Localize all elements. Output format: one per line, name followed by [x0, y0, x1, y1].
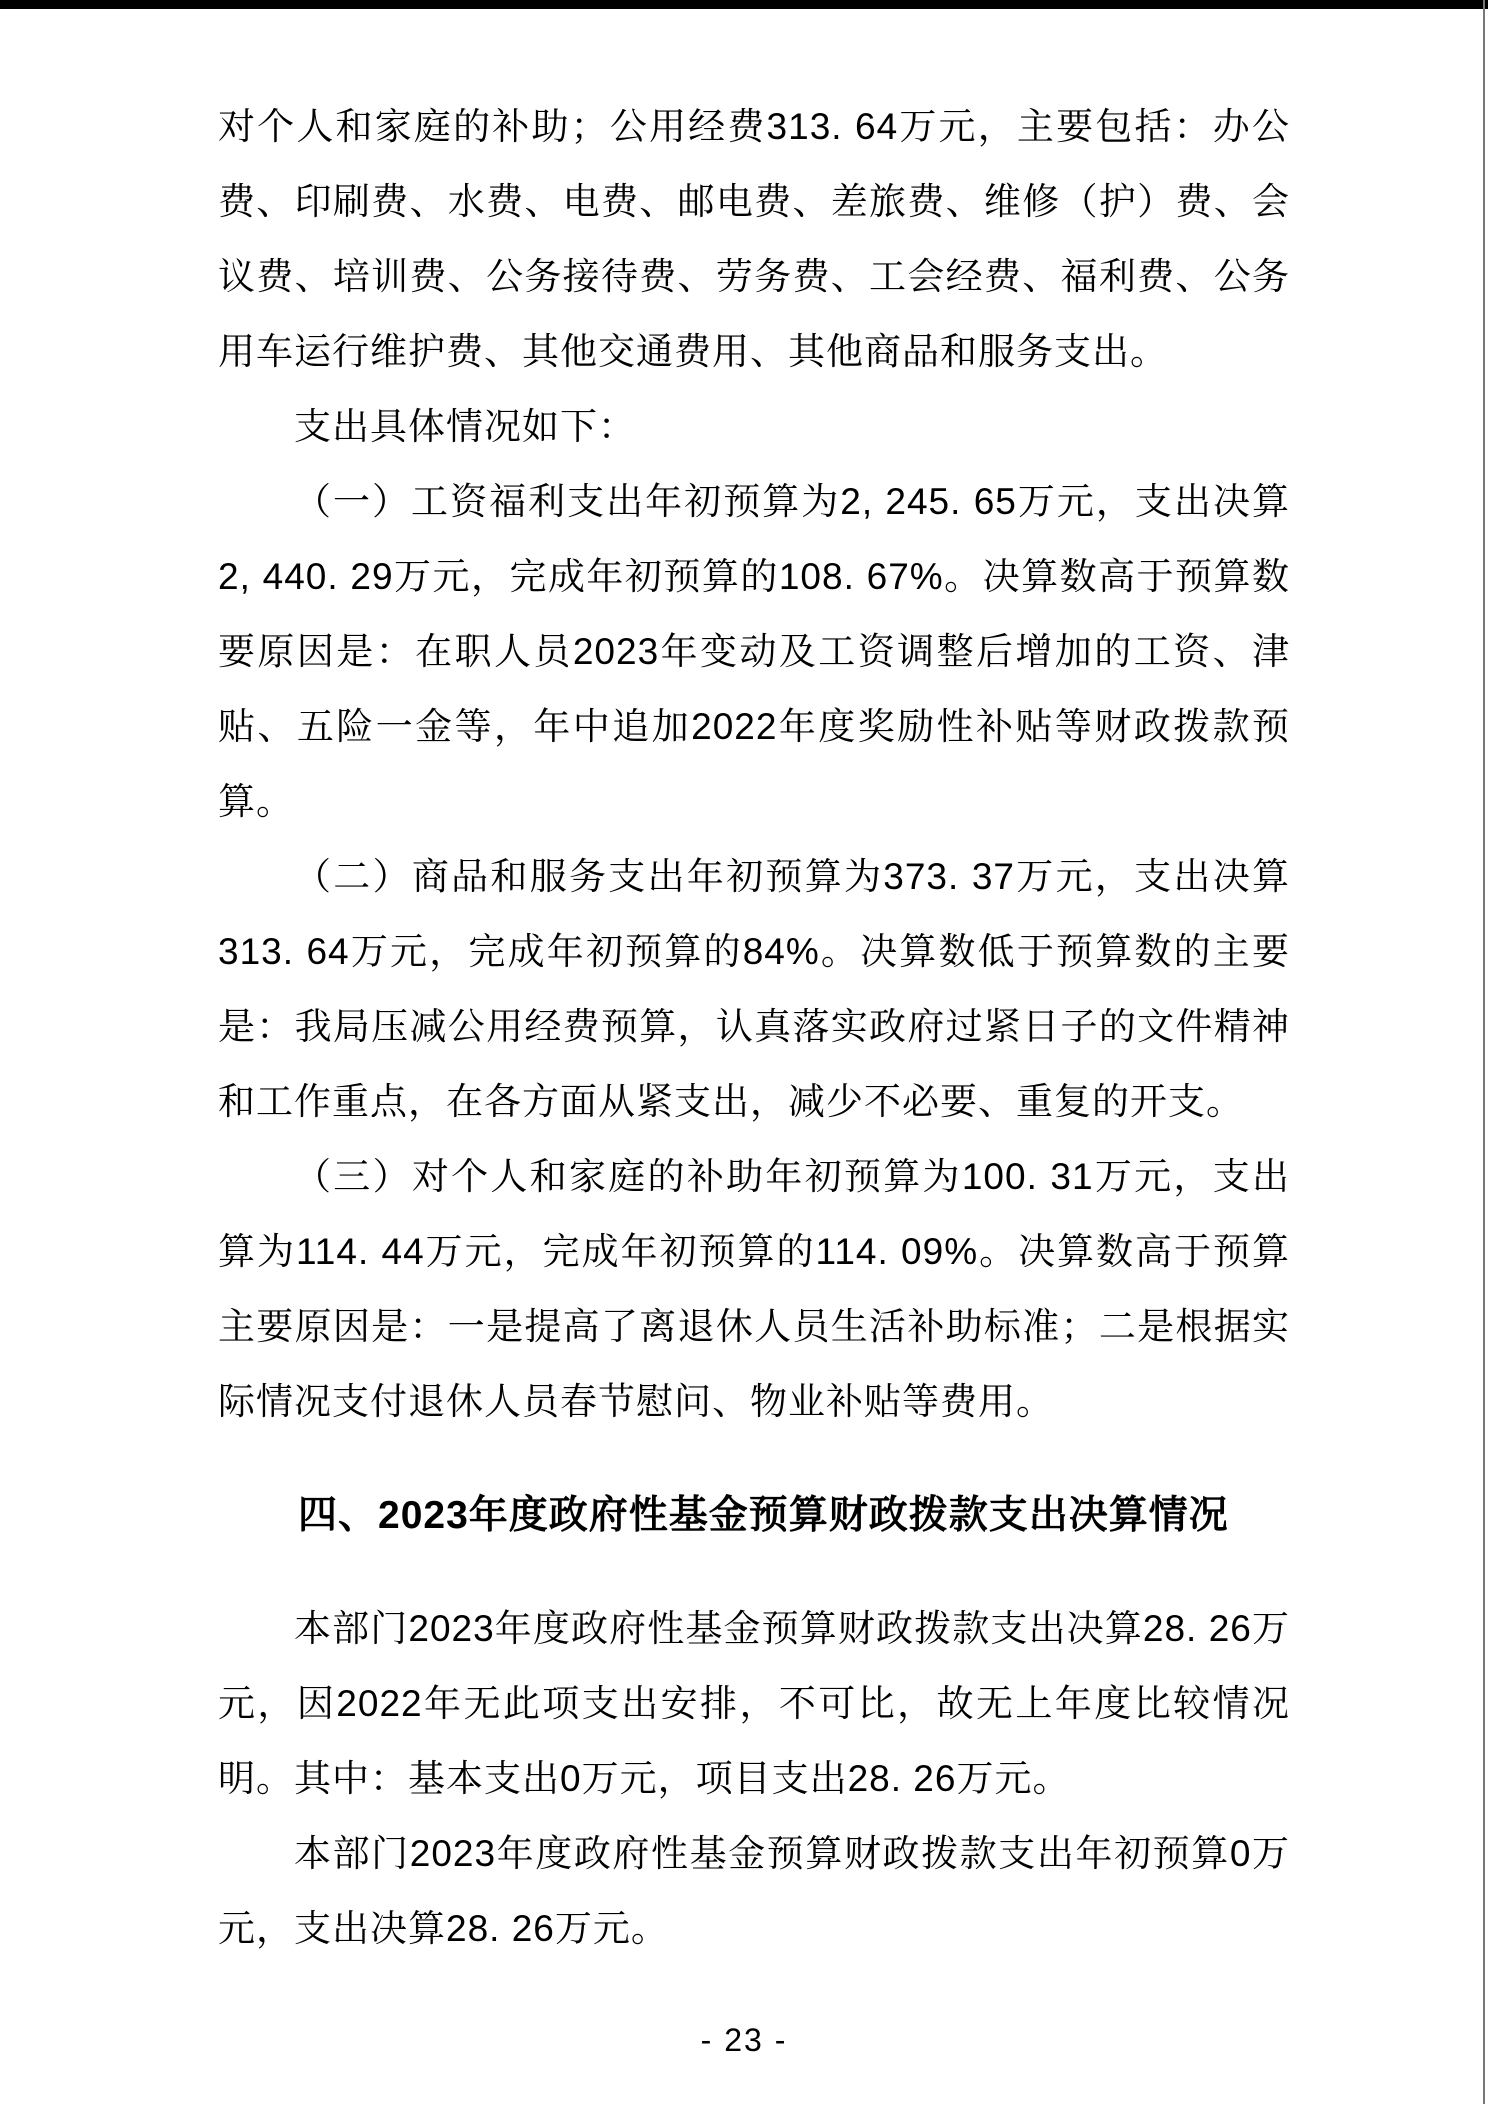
section-heading: 四、2023年度政府性基金预算财政拨款支出决算情况 — [218, 1478, 1290, 1553]
text-line: 313. 64万元，完成年初预算的84%。决算数低于预算数的主要原因 — [218, 914, 1290, 989]
text-line: 贴、五险一金等，年中追加2022年度奖励性补贴等财政拨款预 — [218, 689, 1290, 764]
text-line: 本部门2023年度政府性基金预算财政拨款支出决算28. 26万 — [218, 1591, 1290, 1666]
text-line: 元，支出决算28. 26万元。 — [218, 1891, 1290, 1966]
text-line: 主要原因是：一是提高了离退休人员生活补助标准；二是根据实 — [218, 1289, 1290, 1364]
text-line: 明。其中：基本支出0万元，项目支出28. 26万元。 — [218, 1741, 1290, 1816]
document-body: 对个人和家庭的补助；公用经费313. 64万元，主要包括：办公 费、印刷费、水费… — [218, 89, 1290, 1966]
text-line: 议费、培训费、公务接待费、劳务费、工会经费、福利费、公务 — [218, 239, 1290, 314]
document-scan-page: { "doc": { "lines": [ "对个人和家庭的补助；公用经费313… — [0, 0, 1488, 2104]
text-line: 际情况支付退休人员春节慰问、物业补贴等费用。 — [218, 1364, 1290, 1439]
text-line: 和工作重点，在各方面从紧支出，减少不必要、重复的开支。 — [218, 1064, 1290, 1139]
text-line: （二）商品和服务支出年初预算为373. 37万元，支出决算为 — [218, 839, 1290, 914]
text-line: 支出具体情况如下： — [218, 389, 1290, 464]
text-line: （三）对个人和家庭的补助年初预算为100. 31万元，支出决 — [218, 1139, 1290, 1214]
text-line: 用车运行维护费、其他交通费用、其他商品和服务支出。 — [218, 314, 1290, 389]
scan-border-right — [1483, 0, 1485, 2104]
text-line: 费、印刷费、水费、电费、邮电费、差旅费、维修（护）费、会 — [218, 164, 1290, 239]
text-line: 要原因是：在职人员2023年变动及工资调整后增加的工资、津补 — [218, 614, 1290, 689]
text-line: 对个人和家庭的补助；公用经费313. 64万元，主要包括：办公 — [218, 89, 1290, 164]
text-line: 算为114. 44万元，完成年初预算的114. 09%。决算数高于预算数的 — [218, 1214, 1290, 1289]
page-number: - 23 - — [701, 2022, 788, 2058]
text-line: 2, 440. 29万元，完成年初预算的108. 67%。决算数高于预算数的主 — [218, 539, 1290, 614]
text-line: 是：我局压减公用经费预算，认真落实政府过紧日子的文件精神 — [218, 989, 1290, 1064]
page-footer: - 23 - — [0, 2018, 1488, 2062]
scan-border-top — [0, 0, 1488, 9]
text-line: 元，因2022年无此项支出安排，不可比，故无上年度比较情况说 — [218, 1666, 1290, 1741]
text-line: （一）工资福利支出年初预算为2, 245. 65万元，支出决算为 — [218, 464, 1290, 539]
text-line: 本部门2023年度政府性基金预算财政拨款支出年初预算0万 — [218, 1816, 1290, 1891]
text-line: 算。 — [218, 764, 1290, 839]
